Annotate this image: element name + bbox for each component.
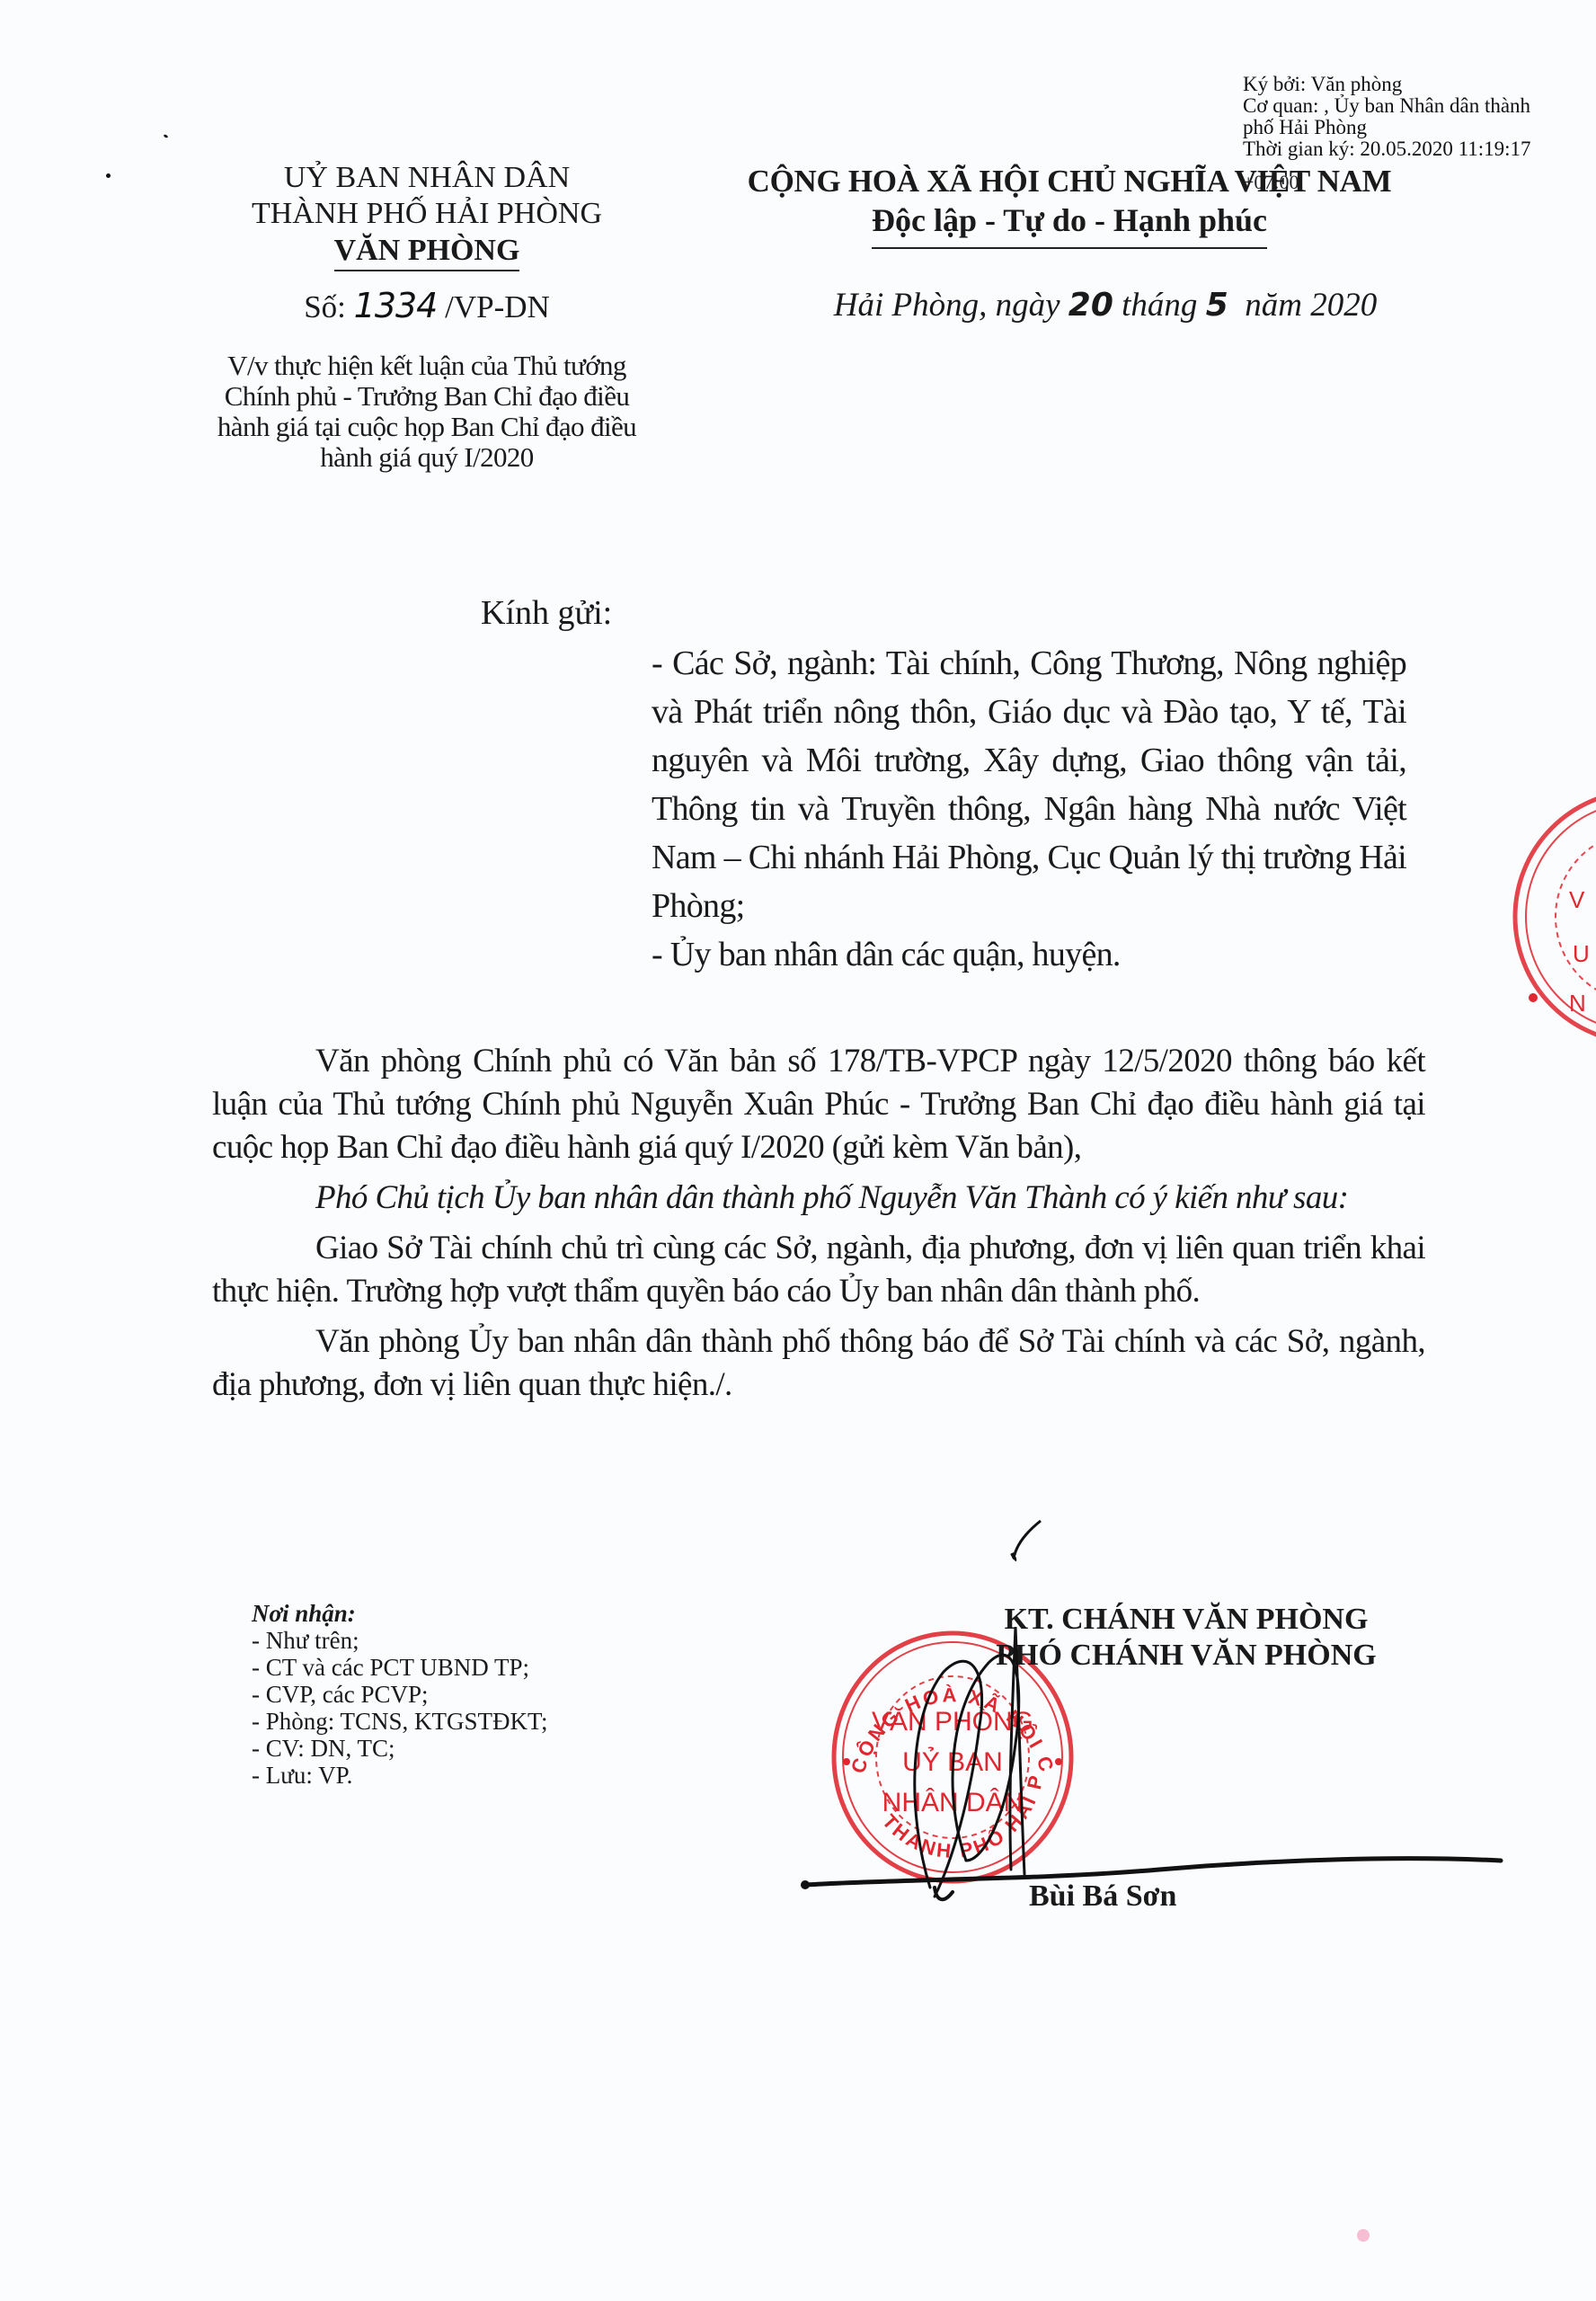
addressees-label: Kính gửi:	[481, 593, 612, 633]
date-year: năm 2020	[1245, 287, 1377, 324]
distribution-item: - CT và các PCT UBND TP;	[252, 1654, 548, 1681]
body-paragraph-italic: Phó Chủ tịch Ủy ban nhân dân thành phố N…	[212, 1177, 1425, 1220]
document-date: Hải Phòng, ngày 20 tháng 5 năm 2020	[791, 286, 1420, 324]
distribution-item: - CVP, các PCVP;	[252, 1681, 548, 1708]
addressee-item: - Ủy ban nhân dân các quận, huyện.	[652, 930, 1406, 979]
document-number-prefix: Số:	[304, 289, 346, 324]
subject-line: hành giá quý I/2020	[189, 442, 665, 473]
distribution-item: - CV: DN, TC;	[252, 1735, 548, 1762]
document-number-suffix: /VP-DN	[445, 289, 550, 324]
document-subject: V/v thực hiện kết luận của Thủ tướng Chí…	[189, 351, 665, 473]
distribution-item: - Phòng: TCNS, KTGSTĐKT;	[252, 1708, 548, 1735]
date-day-handwritten: 20	[1068, 287, 1113, 324]
body-paragraph: Văn phòng Chính phủ có Văn bản số 178/TB…	[212, 1040, 1425, 1169]
scan-speck	[164, 134, 169, 138]
distribution-item: - Như trên;	[252, 1627, 548, 1654]
scan-speck	[106, 173, 111, 178]
national-motto: Độc lập - Tự do - Hạnh phúc	[872, 200, 1267, 249]
date-month-label: tháng	[1122, 287, 1197, 324]
addressee-item: - Các Sở, ngành: Tài chính, Công Thương,…	[652, 639, 1406, 930]
distribution-list: Nơi nhận: - Như trên; - CT và các PCT UB…	[252, 1600, 548, 1789]
date-month-handwritten: 5	[1206, 287, 1228, 324]
svg-text:N: N	[1569, 990, 1586, 1017]
signing-agency-line1: Cơ quan: , Ủy ban Nhân dân thành	[1243, 95, 1596, 117]
body-paragraph: Văn phòng Ủy ban nhân dân thành phố thôn…	[212, 1320, 1425, 1407]
national-header: CỘNG HOÀ XÃ HỘI CHỦ NGHĨA VIỆT NAM Độc l…	[710, 163, 1429, 249]
addressees-list: - Các Sở, ngành: Tài chính, Công Thương,…	[652, 639, 1406, 979]
ink-spot	[1357, 2229, 1370, 2242]
issuer-header: UỶ BAN NHÂN DÂN THÀNH PHỐ HẢI PHÒNG VĂN …	[202, 160, 652, 271]
digital-signature-info: Ký bởi: Văn phòng Cơ quan: , Ủy ban Nhân…	[1243, 74, 1596, 160]
issuer-line1: UỶ BAN NHÂN DÂN	[202, 160, 652, 196]
date-place: Hải Phòng, ngày	[834, 287, 1060, 324]
subject-line: Chính phủ - Trưởng Ban Chỉ đạo điều	[189, 381, 665, 412]
signed-by: Ký bởi: Văn phòng	[1243, 74, 1596, 95]
subject-line: V/v thực hiện kết luận của Thủ tướng	[189, 351, 665, 381]
document-number: Số: 1334 /VP-DN	[202, 286, 652, 325]
signer-name: Bùi Bá Sơn	[1029, 1879, 1176, 1914]
initial-check-icon	[1008, 1517, 1044, 1562]
signing-time: Thời gian ký: 20.05.2020 11:19:17	[1243, 138, 1596, 160]
issuer-line2: THÀNH PHỐ HẢI PHÒNG	[202, 196, 652, 232]
body-paragraph: Giao Sở Tài chính chủ trì cùng các Sở, n…	[212, 1227, 1425, 1313]
svg-text:V: V	[1569, 886, 1585, 913]
signing-agency-line2: phố Hải Phòng	[1243, 117, 1596, 138]
document-number-handwritten: 1334	[354, 286, 438, 325]
distribution-item: - Lưu: VP.	[252, 1762, 548, 1789]
document-body: Văn phòng Chính phủ có Văn bản số 178/TB…	[212, 1040, 1425, 1412]
handwritten-signature-icon	[800, 1618, 1555, 1906]
partial-seal-icon: V U N	[1506, 782, 1596, 1052]
distribution-title: Nơi nhận:	[252, 1600, 548, 1627]
issuer-office: VĂN PHÒNG	[334, 232, 520, 271]
national-title: CỘNG HOÀ XÃ HỘI CHỦ NGHĨA VIỆT NAM	[710, 163, 1429, 200]
svg-text:U: U	[1573, 940, 1590, 967]
subject-line: hành giá tại cuộc họp Ban Chỉ đạo điều	[189, 412, 665, 442]
